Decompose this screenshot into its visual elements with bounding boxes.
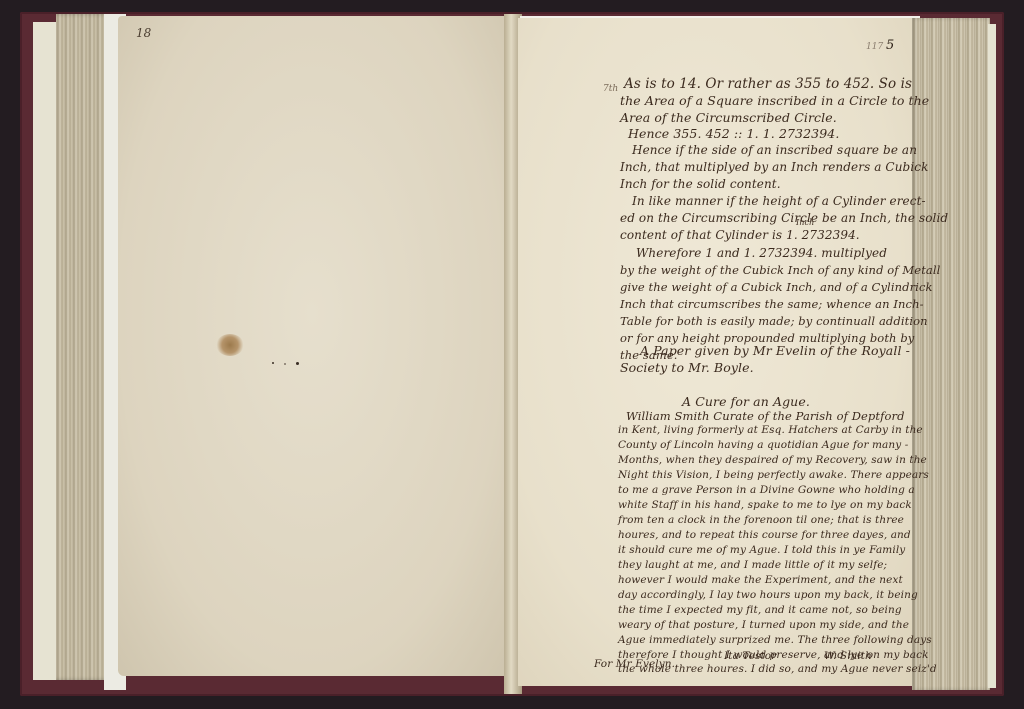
text-line: from ten a clock in the forenoon til one… bbox=[618, 514, 904, 526]
speck bbox=[272, 362, 274, 364]
paper-title-line: A Paper given by Mr Evelin of the Royall… bbox=[640, 343, 910, 358]
text-line: white Staff in his hand, spake to me to … bbox=[618, 499, 912, 511]
text-line: ed on the Circumscribing Circle be an In… bbox=[620, 211, 948, 225]
pencil-folio-number: 117 bbox=[866, 42, 883, 52]
left-page-edges bbox=[56, 14, 108, 680]
text-line: Table for both is easily made; by contin… bbox=[620, 314, 928, 328]
text-line: Night this Vision, I being perfectly awa… bbox=[618, 469, 929, 481]
paper-title-line: Society to Mr. Boyle. bbox=[620, 360, 754, 375]
text-line: Inch, that multiplyed by an Inch renders… bbox=[620, 160, 928, 174]
text-line: content of that Cylinder is 1. 2732394. bbox=[620, 228, 860, 242]
ink-folio-number: 5 bbox=[886, 38, 894, 53]
signoff-signature: W. Smith bbox=[824, 650, 872, 662]
text-line: the time I expected my fit, and it came … bbox=[618, 604, 902, 616]
text-line: it should cure me of my Ague. I told thi… bbox=[618, 544, 905, 556]
signoff-recipient: For Mr Evelyn. bbox=[594, 658, 675, 670]
text-line: County of Lincoln having a quotidian Agu… bbox=[618, 439, 908, 451]
text-line: Ague immediately surprized me. The three… bbox=[618, 634, 932, 646]
text-line: give the weight of a Cubick Inch, and of… bbox=[620, 280, 933, 294]
text-line: Months, when they despaired of my Recove… bbox=[618, 454, 927, 466]
text-line: Wherefore 1 and 1. 2732394. multiplyed bbox=[636, 246, 887, 260]
text-line: William Smith Curate of the Parish of De… bbox=[626, 409, 905, 423]
text-line: by the weight of the Cubick Inch of any … bbox=[620, 263, 940, 277]
margin-note: 7th bbox=[603, 84, 618, 94]
left-page: 18 bbox=[118, 16, 506, 676]
speck bbox=[296, 362, 299, 365]
text-line: however I would make the Experiment, and… bbox=[618, 574, 903, 586]
text-line: day accordingly, I lay two hours upon my… bbox=[618, 589, 918, 601]
interlinear-note: Inch bbox=[796, 218, 814, 227]
text-line: houres, and to repeat this course for th… bbox=[618, 529, 911, 541]
text-line: Hence if the side of an inscribed square… bbox=[632, 143, 917, 157]
text-line: In like manner if the height of a Cylind… bbox=[632, 194, 926, 208]
right-page-edges bbox=[912, 18, 990, 690]
text-line: to me a grave Person in a Divine Gowne w… bbox=[618, 484, 915, 496]
text-line: in Kent, living formerly at Esq. Hatcher… bbox=[618, 424, 923, 436]
text-line: Area of the Circumscribed Circle. bbox=[620, 110, 837, 125]
left-folio-number: 18 bbox=[136, 26, 151, 40]
text-line: the Area of a Square inscribed in a Circ… bbox=[620, 93, 929, 108]
text-line: they laught at me, and I made little of … bbox=[618, 559, 887, 571]
recipe-heading: A Cure for an Ague. bbox=[682, 394, 810, 409]
speck bbox=[284, 363, 286, 365]
right-endpaper bbox=[988, 24, 996, 688]
signoff-attestation: Ita Testor bbox=[724, 650, 776, 662]
text-line: As is to 14. Or rather as 355 to 452. So… bbox=[624, 76, 912, 92]
ink-stain bbox=[216, 334, 244, 356]
text-line: Inch for the solid content. bbox=[620, 177, 781, 191]
text-line: Inch that circumscribes the same; whence… bbox=[620, 297, 924, 311]
text-line: Hence 355. 452 :: 1. 1. 2732394. bbox=[628, 126, 839, 141]
text-line: weary of that posture, I turned upon my … bbox=[618, 619, 909, 631]
